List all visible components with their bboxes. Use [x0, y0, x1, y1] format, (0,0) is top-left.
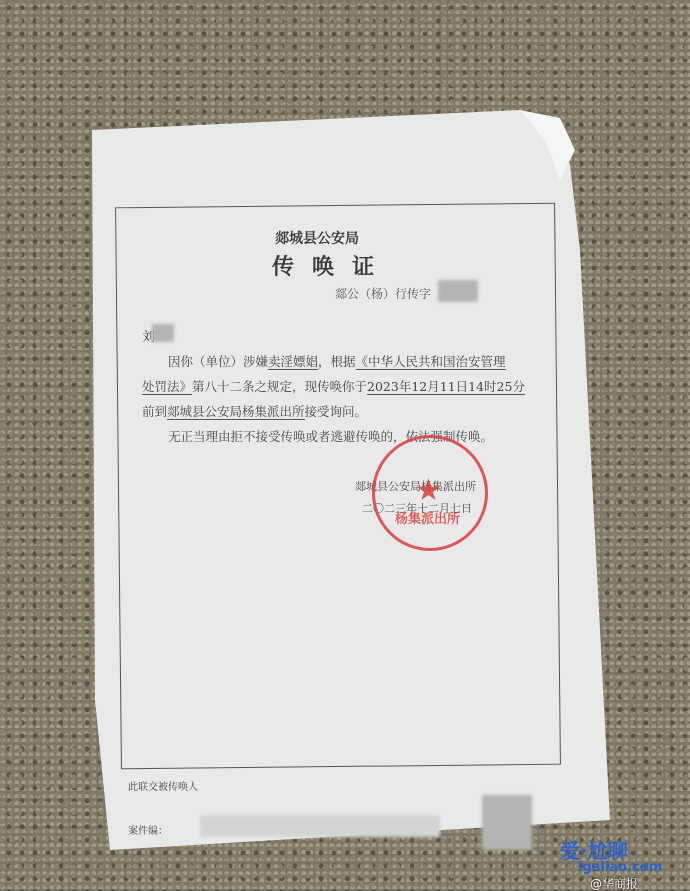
footer-note: 此联交被传唤人	[128, 778, 198, 793]
redacted-number	[438, 280, 478, 302]
footer-handler: 案件编：	[128, 822, 168, 837]
document-title: 传唤证	[272, 250, 392, 281]
body-line-2: 处罚法》第八十二条之规定，现传唤你于2023年12月11日14时25分	[142, 377, 525, 395]
redacted-name	[152, 324, 174, 342]
redacted-handler	[200, 815, 440, 837]
weibo-credit: @华商报	[590, 875, 638, 891]
star-icon: ★	[415, 473, 442, 508]
body-line-1: 因你（单位）涉嫌卖淫嫖娼，根据《中华人民共和国治安管理	[168, 352, 506, 370]
redacted-qr	[482, 795, 532, 850]
summons-paper: 郯城县公安局 传唤证 郯公（杨）行传字 刘 因你（单位）涉嫌卖淫嫖娼，根据《中华…	[0, 0, 690, 891]
watermark-site: igaliao.com	[578, 860, 662, 875]
organization: 郯城县公安局	[275, 228, 359, 248]
official-seal: ★ 杨集派出所	[372, 435, 488, 551]
body-line-3: 前到郯城县公安局杨集派出所接受询问。	[142, 402, 367, 420]
document-number: 郯公（杨）行传字	[335, 285, 431, 302]
